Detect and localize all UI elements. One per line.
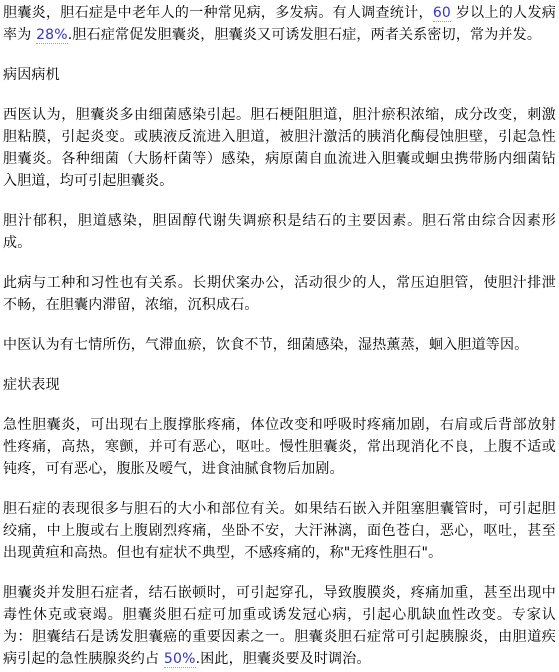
keyword-link-60[interactable]: 60: [433, 5, 451, 22]
paragraph-intro: 胆囊炎，胆石症是中老年人的一种常见病，多发病。有人调查统计，60 岁以上的人发病…: [3, 2, 556, 46]
intro-text-1: 胆囊炎，胆石症是中老年人的一种常见病，多发病。有人调查统计，: [3, 5, 433, 21]
paragraph-gallstone-symptoms: 胆石症的表现很多与胆石的大小和部位有关。如果结石嵌入并阻塞胆囊管时，可引起胆绞痛…: [3, 498, 556, 564]
paragraph-complications: 胆囊炎并发胆石症者，结石嵌顿时，可引起穿孔，导致腹膜炎，疼痛加重，甚至出现中毒性…: [3, 582, 556, 670]
paragraph-occupation-habits: 此病与工种和习性也有关系。长期伏案办公，活动很少的人，常压迫胆管，使胆汁排泄不畅…: [3, 272, 556, 316]
keyword-link-28-percent[interactable]: 28%: [36, 27, 68, 44]
keyword-link-50-percent[interactable]: 50%: [164, 651, 196, 668]
intro-text-3: .胆石症常促发胆囊炎，胆囊炎又可诱发胆石症，两者关系密切，常为并发。: [68, 27, 541, 43]
paragraph-bile-stasis: 胆汁郁积，胆道感染，胆固醇代谢失调瘀积是结石的主要因素。胆石常由综合因素形成。: [3, 210, 556, 254]
section-heading-etiology: 病因病机: [3, 64, 556, 86]
complications-text-2: .困此，胆囊炎要及时调治。: [196, 651, 371, 667]
paragraph-tcm-view: 中医认为有七情所伤，气滞血瘀，饮食不节，细菌感染，湿热薰蒸，蛔入胆道等因。: [3, 334, 556, 356]
paragraph-cholecystitis-symptoms: 急性胆囊炎，可出现右上腹撑胀疼痛，体位改变和呼吸时疼痛加剧，右肩或后背部放射性疼…: [3, 414, 556, 480]
article: 胆囊炎，胆石症是中老年人的一种常见病，多发病。有人调查统计，60 岁以上的人发病…: [3, 2, 556, 670]
section-heading-symptoms: 症状表现: [3, 374, 556, 396]
paragraph-western-medicine: 西医认为，胆囊炎多由细菌感染引起。胆石梗阻胆道，胆汁瘀积浓缩，成分改变，刺激胆粘…: [3, 104, 556, 192]
